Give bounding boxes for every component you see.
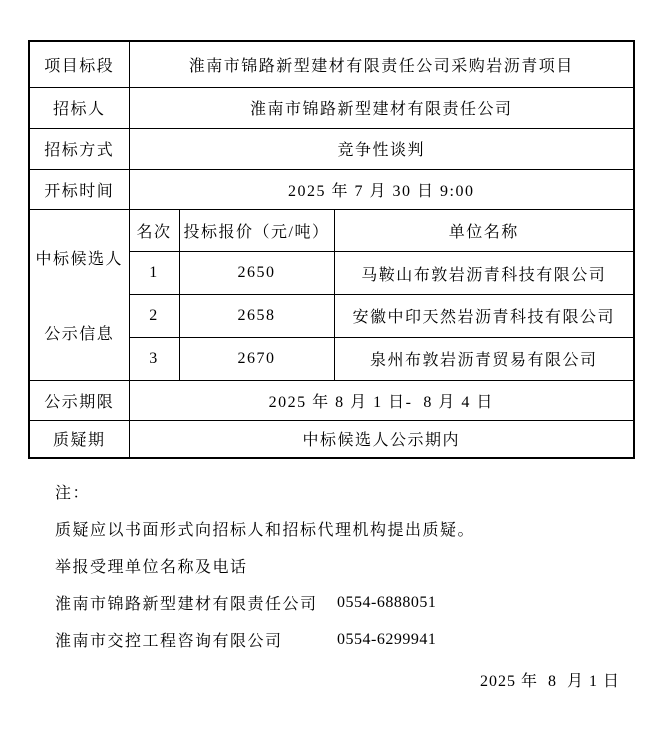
- candidate-company: 马鞍山布敦岩沥青科技有限公司: [334, 252, 634, 295]
- candidates-section-label: 中标候选人 公示信息: [29, 209, 129, 380]
- row-value-query-period: 中标候选人公示期内: [129, 420, 634, 458]
- candidate-price: 2658: [179, 295, 334, 338]
- candidate-rank: 3: [129, 337, 179, 380]
- row-label-tenderer: 招标人: [29, 87, 129, 128]
- announcement-document: 项目标段 淮南市锦路新型建材有限责任公司采购岩沥青项目 招标人 淮南市锦路新型建…: [0, 0, 660, 733]
- contact-name: 淮南市锦路新型建材有限责任公司: [55, 591, 337, 614]
- candidates-label-line1: 中标候选人: [32, 246, 127, 269]
- candidate-company: 泉州布敦岩沥青贸易有限公司: [334, 337, 634, 380]
- note-report-line: 举报受理单位名称及电话: [55, 547, 660, 584]
- candidate-company: 安徽中印天然岩沥青科技有限公司: [334, 295, 634, 338]
- contact-row: 淮南市交控工程咨询有限公司 0554-6299941: [55, 621, 660, 658]
- announcement-table: 项目标段 淮南市锦路新型建材有限责任公司采购岩沥青项目 招标人 淮南市锦路新型建…: [28, 40, 635, 459]
- candidate-rank: 1: [129, 252, 179, 295]
- candidates-label-line2: 公示信息: [32, 321, 127, 344]
- column-header-company: 单位名称: [334, 209, 634, 252]
- row-label-bid-opening-time: 开标时间: [29, 169, 129, 209]
- row-value-publicity-period: 2025 年 8 月 1 日- 8 月 4 日: [129, 380, 634, 420]
- table-row: 招标方式 竞争性谈判: [29, 128, 634, 169]
- contact-phone: 0554-6299941: [337, 631, 436, 649]
- row-value-bid-opening-time: 2025 年 7 月 30 日 9:00: [129, 169, 634, 209]
- column-header-price: 投标报价（元/吨）: [179, 209, 334, 252]
- note-heading: 注：: [55, 473, 660, 510]
- row-value-project-section: 淮南市锦路新型建材有限责任公司采购岩沥青项目: [129, 41, 634, 87]
- row-label-tender-method: 招标方式: [29, 128, 129, 169]
- candidate-rank: 2: [129, 295, 179, 338]
- contact-phone: 0554-6888051: [337, 594, 436, 612]
- row-label-query-period: 质疑期: [29, 420, 129, 458]
- contact-name: 淮南市交控工程咨询有限公司: [55, 628, 337, 651]
- contact-row: 淮南市锦路新型建材有限责任公司 0554-6888051: [55, 584, 660, 621]
- row-label-publicity-period: 公示期限: [29, 380, 129, 420]
- row-value-tenderer: 淮南市锦路新型建材有限责任公司: [129, 87, 634, 128]
- column-header-rank: 名次: [129, 209, 179, 252]
- document-date: 2025 年 8 月 1 日: [480, 668, 620, 691]
- table-row: 招标人 淮南市锦路新型建材有限责任公司: [29, 87, 634, 128]
- candidate-price: 2650: [179, 252, 334, 295]
- note-objection-line: 质疑应以书面形式向招标人和招标代理机构提出质疑。: [55, 510, 660, 547]
- table-row: 公示期限 2025 年 8 月 1 日- 8 月 4 日: [29, 380, 634, 420]
- candidate-price: 2670: [179, 337, 334, 380]
- table-row: 开标时间 2025 年 7 月 30 日 9:00: [29, 169, 634, 209]
- notes-section: 注： 质疑应以书面形式向招标人和招标代理机构提出质疑。 举报受理单位名称及电话 …: [55, 473, 660, 658]
- row-value-tender-method: 竞争性谈判: [129, 128, 634, 169]
- row-label-project-section: 项目标段: [29, 41, 129, 87]
- table-row: 质疑期 中标候选人公示期内: [29, 420, 634, 458]
- table-row: 项目标段 淮南市锦路新型建材有限责任公司采购岩沥青项目: [29, 41, 634, 87]
- candidates-header-row: 中标候选人 公示信息 名次 投标报价（元/吨） 单位名称: [29, 209, 634, 252]
